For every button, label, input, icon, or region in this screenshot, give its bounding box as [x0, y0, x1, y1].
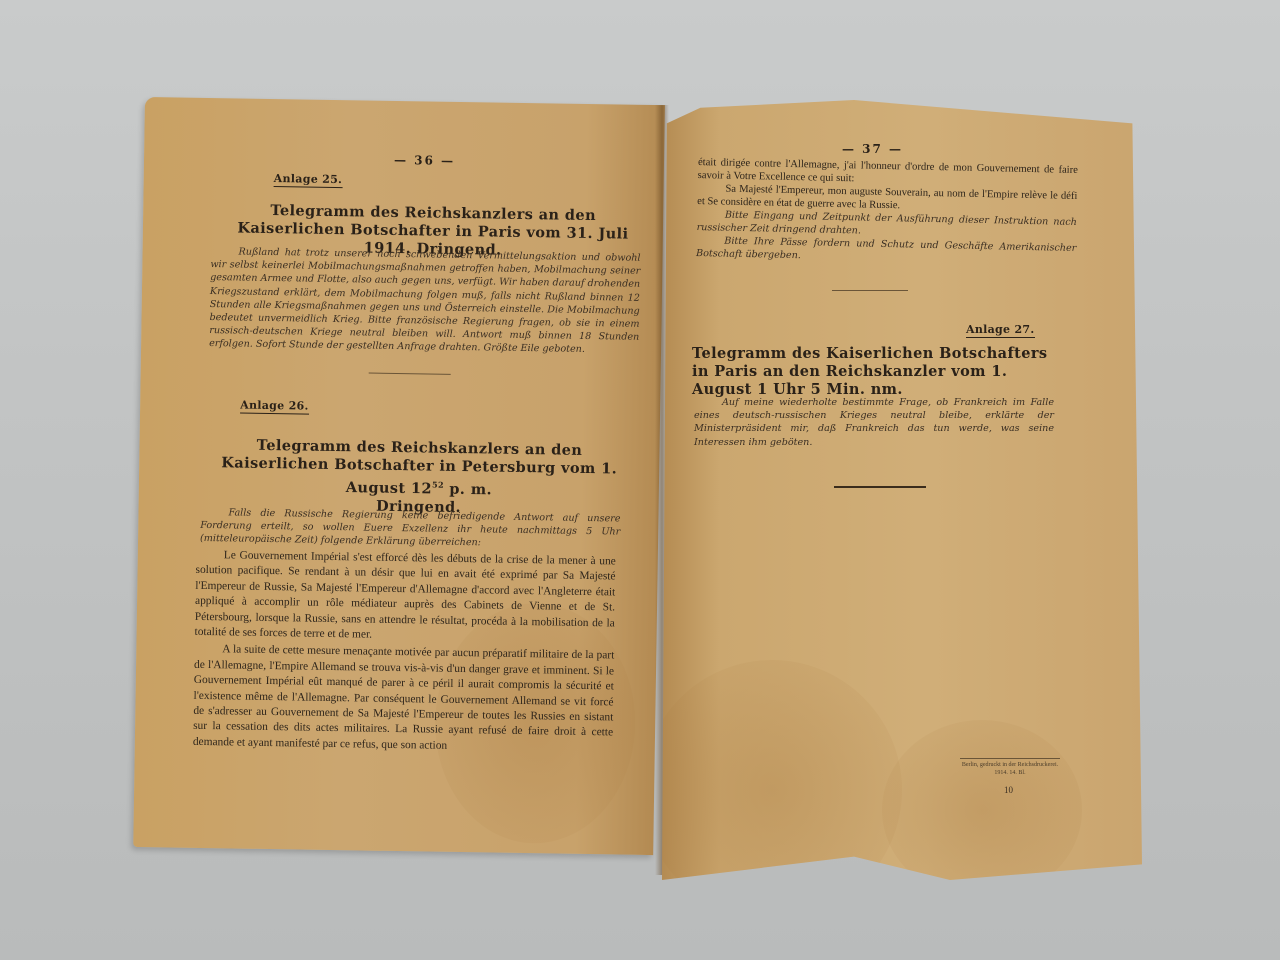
- section-divider: [369, 373, 451, 375]
- anlage-27-title: Telegramm des Kaiserlichen Botschafters …: [692, 345, 1052, 399]
- french-paragraph-2: A la suite de cette mesure menaçante mot…: [193, 642, 615, 756]
- anlage-26-title-main: Telegramm des Reichskanzlers an den Kais…: [221, 437, 617, 498]
- right-page: — 37 — était dirigée contre l'Allemagne,…: [662, 100, 1142, 880]
- anlage-26-intro-paragraph: Falls die Russische Regierung keine befr…: [200, 506, 621, 552]
- anlage-26-intro: Falls die Russische Regierung keine befr…: [200, 506, 621, 552]
- left-page: — 36 — Anlage 25. Telegramm des Reichska…: [133, 97, 665, 855]
- section-divider: [832, 290, 908, 291]
- anlage-26-label: Anlage 26.: [240, 399, 309, 415]
- continuation-text: était dirigée contre l'Allemagne, j'ai l…: [696, 156, 1078, 268]
- anlage-25-body: Rußland hat trotz unserer noch schwebend…: [209, 245, 641, 357]
- page-number-37: — 37 —: [842, 142, 903, 156]
- anlage-25-paragraph: Rußland hat trotz unserer noch schwebend…: [209, 245, 641, 357]
- anlage-26-title-tail: p. m.: [444, 481, 492, 499]
- anlage-27-label: Anlage 27.: [966, 323, 1035, 338]
- anlage-26-french-text: Le Gouvernement Impérial s'est efforcé d…: [193, 548, 616, 757]
- anlage-27-body: Auf meine wiederholte bestimmte Frage, o…: [694, 396, 1054, 449]
- signature-mark: 10: [1004, 785, 1013, 795]
- anlage-26-title-sup: 52: [432, 480, 444, 490]
- french-paragraph-1: Le Gouvernement Impérial s'est efforcé d…: [194, 548, 615, 647]
- end-rule: [834, 486, 926, 488]
- anlage-27-paragraph: Auf meine wiederholte bestimmte Frage, o…: [694, 396, 1054, 449]
- imprint-line-1: Berlin, gedruckt in der Reichsdruckerei.: [958, 761, 1062, 769]
- paper-stain: [882, 720, 1082, 900]
- anlage-25-label: Anlage 25.: [274, 172, 343, 188]
- imprint-line-2: 1914. 14. Bl.: [958, 769, 1062, 777]
- paper-stain: [642, 660, 902, 920]
- page-number-36: — 36 —: [394, 153, 455, 168]
- imprint: Berlin, gedruckt in der Reichsdruckerei.…: [958, 761, 1062, 777]
- imprint-rule: [960, 758, 1060, 759]
